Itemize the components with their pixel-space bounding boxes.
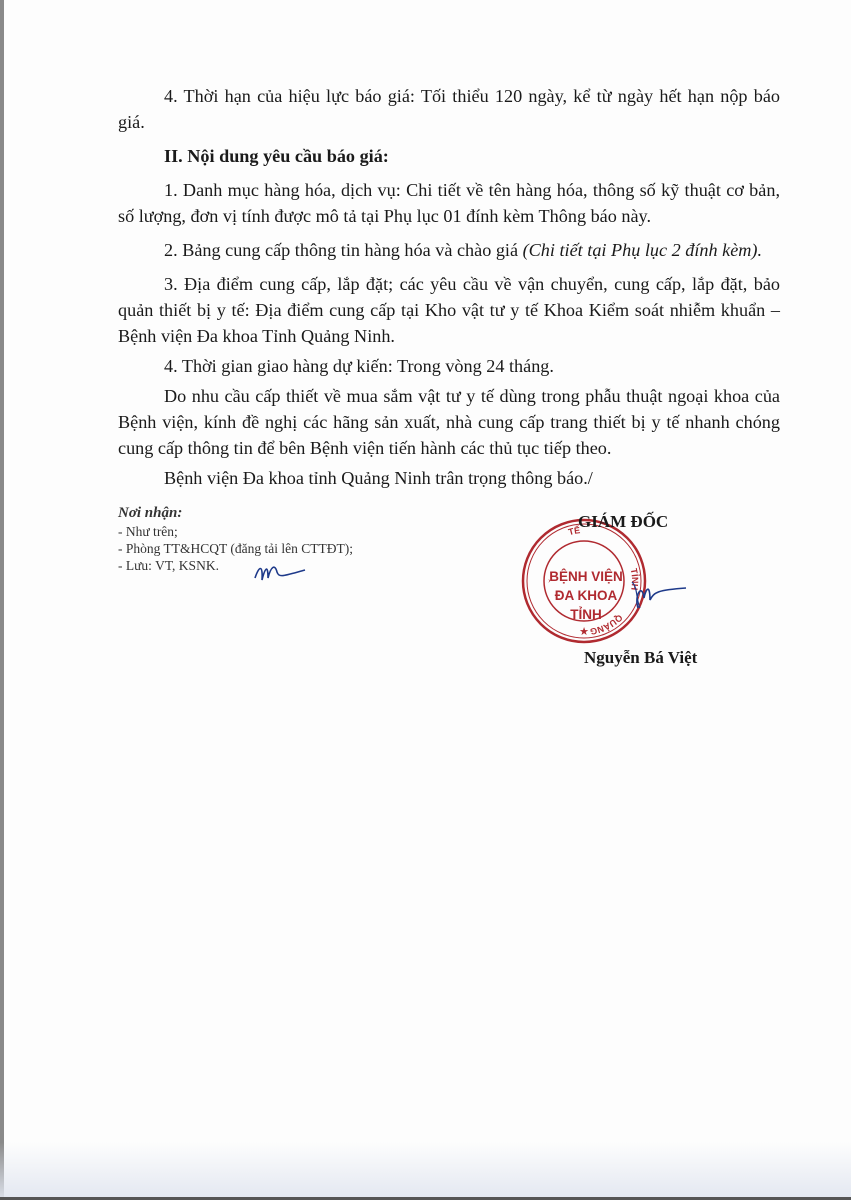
item-delivery-time: 4. Thời gian giao hàng dự kiến: Trong vò…: [118, 353, 780, 379]
item-delivery-location: 3. Địa điểm cung cấp, lắp đặt; các yêu c…: [118, 271, 780, 349]
scan-shadow: [0, 1142, 851, 1197]
svg-text:★: ★: [579, 626, 589, 638]
recipient-item: - Lưu: VT, KSNK.: [118, 557, 353, 574]
stamp-line-2: ĐA KHOA TỈNH: [541, 586, 631, 624]
item-price-table-text: 2. Bảng cung cấp thông tin hàng hóa và c…: [164, 240, 523, 260]
quote-validity-paragraph: 4. Thời hạn của hiệu lực báo giá: Tối th…: [118, 83, 780, 135]
recipients-title: Nơi nhận:: [118, 505, 353, 522]
stamp-line-1: BỆNH VIỆN: [541, 567, 631, 586]
section-heading: II. Nội dung yêu cầu báo giá:: [118, 143, 780, 169]
recipient-item: - Như trên;: [118, 523, 353, 540]
request-paragraph: Do nhu cầu cấp thiết về mua sắm vật tư y…: [118, 383, 780, 461]
stamp-text: BỆNH VIỆN ĐA KHOA TỈNH: [541, 567, 631, 624]
item-goods-list: 1. Danh mục hàng hóa, dịch vụ: Chi tiết …: [118, 177, 780, 229]
item-price-table-note: (Chi tiết tại Phụ lục 2 đính kèm).: [523, 240, 762, 260]
recipient-item: - Phòng TT&HCQT (đăng tải lên CTTĐT);: [118, 540, 353, 557]
signer-name: Nguyễn Bá Việt: [584, 648, 697, 668]
recipients-block: Nơi nhận: - Như trên; - Phòng TT&HCQT (đ…: [118, 505, 353, 574]
director-signature-icon: [628, 578, 688, 612]
initials-signature-icon: [253, 560, 308, 584]
item-price-table: 2. Bảng cung cấp thông tin hàng hóa và c…: [118, 237, 780, 263]
signer-title: GIÁM ĐỐC: [578, 512, 668, 532]
closing-line: Bệnh viện Đa khoa tỉnh Quảng Ninh trân t…: [118, 465, 780, 491]
scan-edge-left: [0, 0, 4, 1200]
document-body: 4. Thời hạn của hiệu lực báo giá: Tối th…: [118, 83, 780, 499]
